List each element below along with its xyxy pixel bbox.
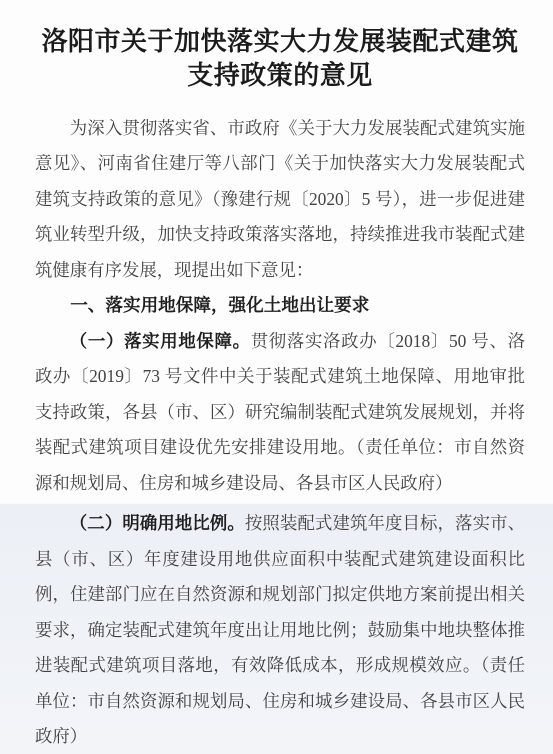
item-1-lead: （一）落实用地保障。: [70, 331, 251, 351]
item-1-body: 贯彻落实洛政办〔2018〕50 号、洛政办〔2019〕73 号文件中关于装配式建…: [35, 331, 525, 493]
item-2-lead: （二）明确用地比例。: [70, 513, 245, 533]
intro-paragraph: 为深入贯彻落实省、市政府《关于大力发展装配式建筑实施意见》、河南省住建厅等八部门…: [35, 111, 525, 289]
document-highlight-section: （二）明确用地比例。按照装配式建筑年度目标，落实市、县（市、区）年度建设用地供应…: [0, 503, 553, 754]
document-title: 洛阳市关于加快落实大力发展装配式建筑 支持政策的意见: [35, 25, 525, 93]
item-2-paragraph: （二）明确用地比例。按照装配式建筑年度目标，落实市、县（市、区）年度建设用地供应…: [35, 506, 525, 754]
item-1-paragraph: （一）落实用地保障。贯彻落实洛政办〔2018〕50 号、洛政办〔2019〕73 …: [35, 324, 525, 502]
item-2-body: 按照装配式建筑年度目标，落实市、县（市、区）年度建设用地供应面积中装配式建筑建设…: [35, 513, 525, 746]
document-title-line-1: 洛阳市关于加快落实大力发展装配式建筑: [35, 25, 525, 59]
document-top-section: 洛阳市关于加快落实大力发展装配式建筑 支持政策的意见 为深入贯彻落实省、市政府《…: [0, 0, 553, 503]
document-title-line-2: 支持政策的意见: [35, 59, 525, 93]
section-1-heading: 一、落实用地保障，强化土地出让要求: [35, 288, 525, 324]
document-page: 洛阳市关于加快落实大力发展装配式建筑 支持政策的意见 为深入贯彻落实省、市政府《…: [0, 0, 553, 754]
